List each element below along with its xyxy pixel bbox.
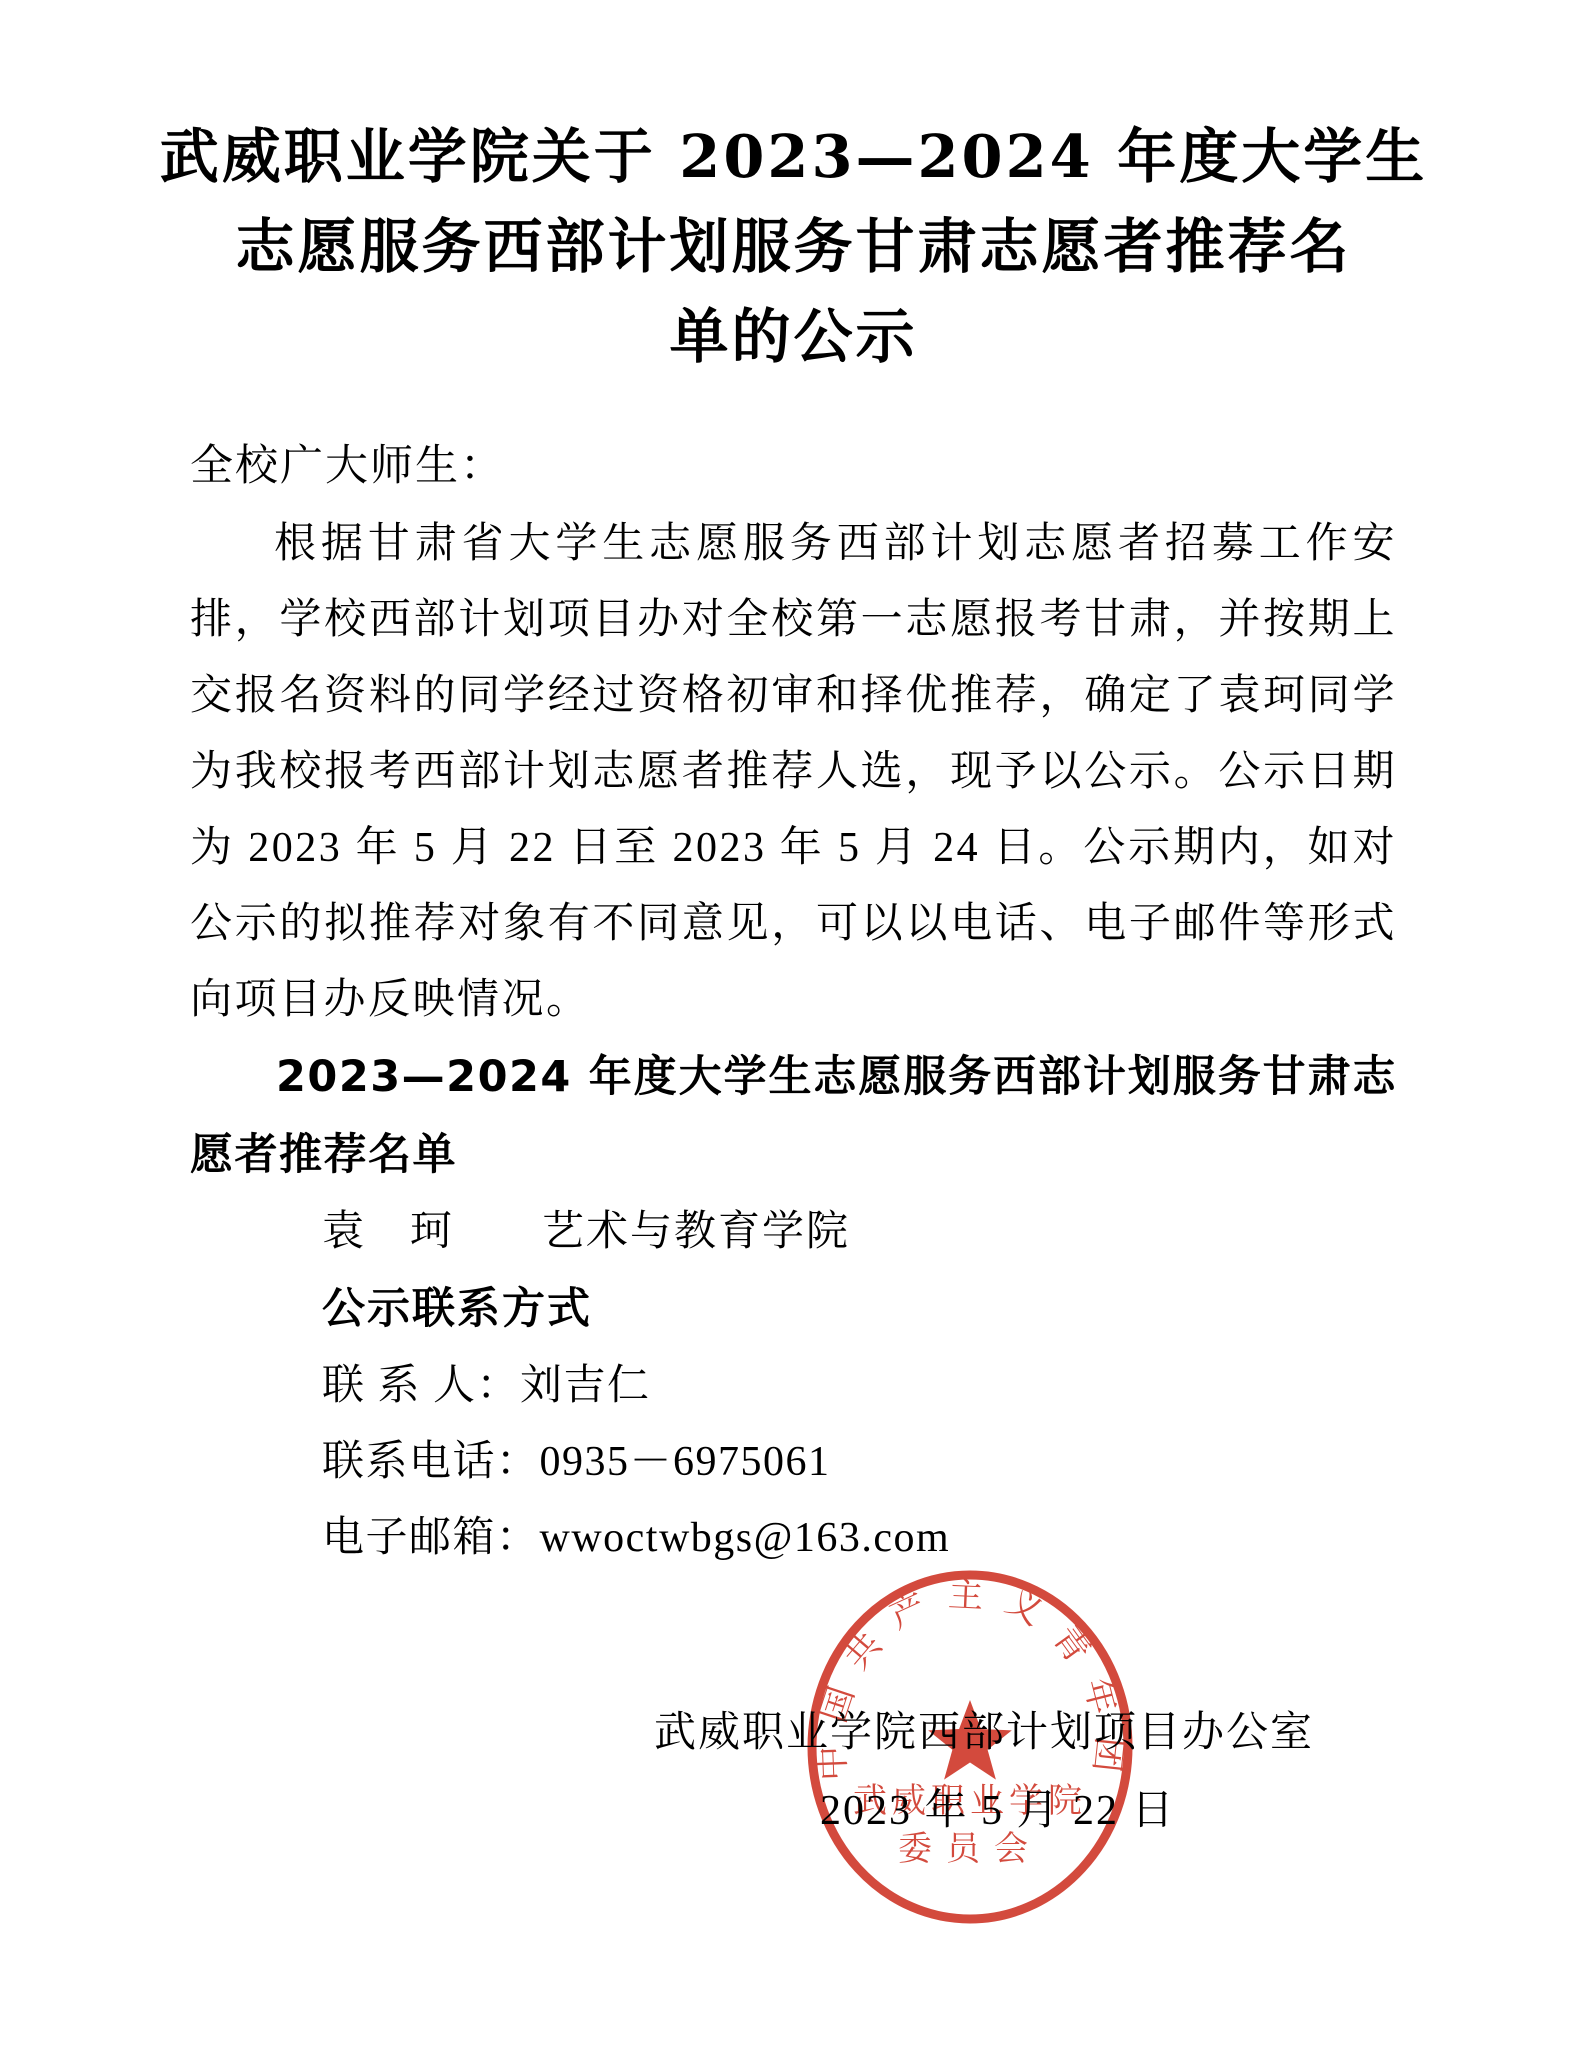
title-line-1: 武威职业学院关于 2023—2024 年度大学生 [110,112,1477,202]
contact-email-line: 电子邮箱：wwoctwbgs@163.com [190,1500,1397,1576]
signature-org: 武威职业学院西部计划项目办公室 [190,1694,1397,1772]
signature-date: 2023 年 5 月 22 日 [190,1772,1397,1850]
recommend-list-heading: 2023—2024 年度大学生志愿服务西部计划服务甘肃志愿者推荐名单 [190,1038,1397,1194]
closing-block: 武威职业学院西部计划项目办公室 2023 年 5 月 22 日 [190,1694,1397,1850]
document-title: 武威职业学院关于 2023—2024 年度大学生 志愿服务西部计划服务甘肃志愿者… [110,112,1477,382]
contact-person-line: 联 系 人：刘吉仁 [190,1348,1397,1424]
document-page: 武威职业学院关于 2023—2024 年度大学生 志愿服务西部计划服务甘肃志愿者… [0,0,1587,2057]
salutation: 全校广大师生： [190,428,1397,506]
title-line-3: 单的公示 [110,292,1477,382]
candidate-line: 袁 珂 艺术与教育学院 [190,1194,1397,1270]
contact-phone-line: 联系电话：0935－6975061 [190,1424,1397,1500]
document-body: 全校广大师生： 根据甘肃省大学生志愿服务西部计划志愿者招募工作安排，学校西部计划… [0,428,1587,1850]
contact-heading: 公示联系方式 [190,1270,1397,1348]
body-paragraph: 根据甘肃省大学生志愿服务西部计划志愿者招募工作安排，学校西部计划项目办对全校第一… [190,506,1397,1038]
title-line-2: 志愿服务西部计划服务甘肃志愿者推荐名 [110,202,1477,292]
